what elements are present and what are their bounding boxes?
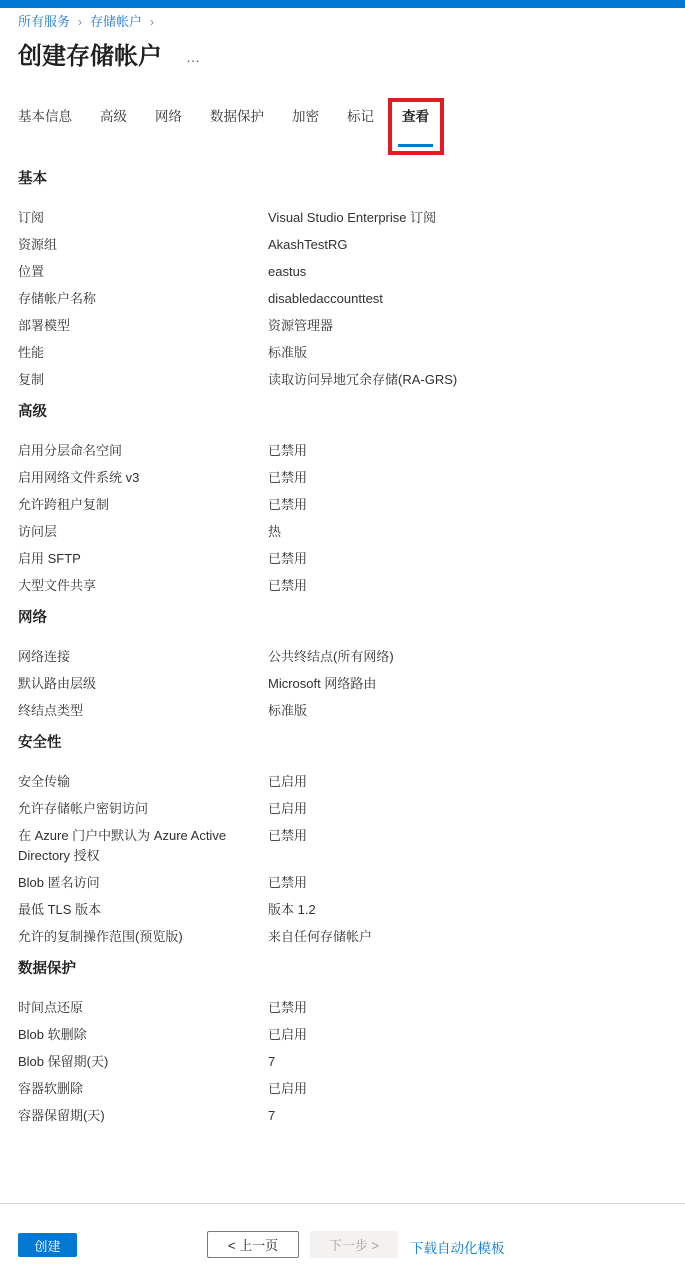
detail-value: 标准版	[268, 343, 307, 363]
tab-高级[interactable]: 高级	[100, 108, 127, 138]
breadcrumb-link[interactable]: 所有服务	[18, 13, 70, 31]
chevron-right-icon: ›	[78, 13, 82, 31]
detail-label: 资源组	[18, 235, 268, 255]
title-row: 创建存储帐户 …	[18, 42, 667, 72]
detail-row: 启用 SFTP已禁用	[18, 549, 667, 569]
tab-label: 网络	[155, 109, 182, 124]
detail-row: 访问层热	[18, 522, 667, 542]
section-高级: 高级启用分层命名空间已禁用启用网络文件系统 v3已禁用允许跨租户复制已禁用访问层…	[18, 402, 667, 596]
detail-row: 网络连接公共终结点(所有网络)	[18, 647, 667, 667]
detail-label: 位置	[18, 262, 268, 282]
detail-label: 最低 TLS 版本	[18, 900, 268, 920]
tab-bar: 基本信息高级网络数据保护加密标记查看	[18, 108, 685, 138]
detail-row: 允许跨租户复制已禁用	[18, 495, 667, 515]
detail-label: 容器软删除	[18, 1079, 268, 1099]
detail-row: 存储帐户名称disabledaccounttest	[18, 289, 667, 309]
section-基本: 基本订阅Visual Studio Enterprise 订阅资源组AkashT…	[18, 169, 667, 390]
tab-label: 加密	[292, 109, 319, 124]
detail-label: 安全传输	[18, 772, 268, 792]
detail-row: 启用网络文件系统 v3已禁用	[18, 468, 667, 488]
section-网络: 网络网络连接公共终结点(所有网络)默认路由层级Microsoft 网络路由终结点…	[18, 608, 667, 721]
detail-label: Blob 保留期(天)	[18, 1052, 268, 1072]
breadcrumb: 所有服务›存储帐户›	[18, 13, 667, 31]
detail-value: 7	[268, 1052, 275, 1072]
section-title: 基本	[18, 169, 667, 189]
section-title: 网络	[18, 608, 667, 628]
section-安全性: 安全性安全传输已启用允许存储帐户密钥访问已启用在 Azure 门户中默认为 Az…	[18, 733, 667, 947]
detail-label: 大型文件共享	[18, 576, 268, 596]
detail-row: 安全传输已启用	[18, 772, 667, 792]
detail-label: 启用网络文件系统 v3	[18, 468, 268, 488]
section-title: 安全性	[18, 733, 667, 753]
detail-label: 允许的复制操作范围(预览版)	[18, 927, 268, 947]
detail-row: 性能标准版	[18, 343, 667, 363]
download-template-link[interactable]: 下载自动化模板	[410, 1237, 505, 1257]
detail-value: 已禁用	[268, 826, 307, 846]
detail-label: 容器保留期(天)	[18, 1106, 268, 1126]
tab-label: 数据保护	[210, 109, 264, 124]
detail-value: 版本 1.2	[268, 900, 316, 920]
detail-value: 已禁用	[268, 495, 307, 515]
detail-value: 标准版	[268, 701, 307, 721]
footer-actions: 创建 < 上一页 下一步 > 下载自动化模板	[0, 1231, 685, 1261]
detail-row: 在 Azure 门户中默认为 Azure Active Directory 授权…	[18, 826, 667, 866]
detail-label: 启用 SFTP	[18, 549, 268, 569]
chevron-right-icon: ›	[150, 13, 154, 31]
detail-row: 位置eastus	[18, 262, 667, 282]
detail-row: 最低 TLS 版本版本 1.2	[18, 900, 667, 920]
detail-value: Microsoft 网络路由	[268, 674, 376, 694]
detail-row: 容器软删除已启用	[18, 1079, 667, 1099]
detail-value: 已启用	[268, 1025, 307, 1045]
detail-label: Blob 软删除	[18, 1025, 268, 1045]
detail-label: 性能	[18, 343, 268, 363]
section-title: 数据保护	[18, 959, 667, 979]
detail-value: eastus	[268, 262, 306, 282]
detail-label: 在 Azure 门户中默认为 Azure Active Directory 授权	[18, 826, 268, 866]
detail-label: 网络连接	[18, 647, 268, 667]
detail-value: 已禁用	[268, 549, 307, 569]
footer-divider	[0, 1203, 685, 1204]
detail-label: 时间点还原	[18, 998, 268, 1018]
tab-加密[interactable]: 加密	[292, 108, 319, 138]
detail-label: 允许存储帐户密钥访问	[18, 799, 268, 819]
detail-value: 已禁用	[268, 441, 307, 461]
detail-value: 已启用	[268, 799, 307, 819]
detail-value: 已禁用	[268, 998, 307, 1018]
detail-row: Blob 匿名访问已禁用	[18, 873, 667, 893]
detail-row: 允许存储帐户密钥访问已启用	[18, 799, 667, 819]
next-button[interactable]: 下一步 >	[310, 1231, 398, 1258]
section-title: 高级	[18, 402, 667, 422]
detail-value: 已禁用	[268, 468, 307, 488]
detail-value: 读取访问异地冗余存储(RA-GRS)	[268, 370, 457, 390]
detail-label: 允许跨租户复制	[18, 495, 268, 515]
detail-label: Blob 匿名访问	[18, 873, 268, 893]
detail-label: 默认路由层级	[18, 674, 268, 694]
tab-label: 标记	[347, 109, 374, 124]
detail-value: 已启用	[268, 772, 307, 792]
detail-label: 访问层	[18, 522, 268, 542]
page-title: 创建存储帐户	[18, 42, 162, 72]
breadcrumb-link[interactable]: 存储帐户	[90, 13, 142, 31]
tab-网络[interactable]: 网络	[155, 108, 182, 138]
detail-row: 大型文件共享已禁用	[18, 576, 667, 596]
section-数据保护: 数据保护时间点还原已禁用Blob 软删除已启用Blob 保留期(天)7容器软删除…	[18, 959, 667, 1126]
detail-label: 存储帐户名称	[18, 289, 268, 309]
top-accent-bar	[0, 0, 685, 8]
selected-tab-underline	[398, 144, 433, 147]
detail-row: 部署模型资源管理器	[18, 316, 667, 336]
detail-row: Blob 软删除已启用	[18, 1025, 667, 1045]
detail-row: 终结点类型标准版	[18, 701, 667, 721]
tab-label: 查看	[402, 109, 429, 124]
tab-label: 高级	[100, 109, 127, 124]
tab-数据保护[interactable]: 数据保护	[210, 108, 264, 138]
detail-value: 7	[268, 1106, 275, 1126]
detail-row: 允许的复制操作范围(预览版)来自任何存储帐户	[18, 927, 667, 947]
detail-value: AkashTestRG	[268, 235, 347, 255]
detail-row: 容器保留期(天)7	[18, 1106, 667, 1126]
previous-button[interactable]: < 上一页	[207, 1231, 299, 1258]
detail-row: 时间点还原已禁用	[18, 998, 667, 1018]
tab-查看[interactable]: 查看	[402, 108, 429, 138]
detail-row: 默认路由层级Microsoft 网络路由	[18, 674, 667, 694]
detail-row: 订阅Visual Studio Enterprise 订阅	[18, 208, 667, 228]
tab-基本信息[interactable]: 基本信息	[18, 108, 72, 138]
detail-value: disabledaccounttest	[268, 289, 383, 309]
create-button[interactable]: 创建	[18, 1233, 77, 1257]
detail-value: 资源管理器	[268, 316, 333, 336]
detail-label: 订阅	[18, 208, 268, 228]
detail-value: 来自任何存储帐户	[268, 927, 372, 947]
detail-value: 公共终结点(所有网络)	[268, 647, 394, 667]
detail-value: 已启用	[268, 1079, 307, 1099]
detail-row: 资源组AkashTestRG	[18, 235, 667, 255]
detail-row: 启用分层命名空间已禁用	[18, 441, 667, 461]
detail-label: 终结点类型	[18, 701, 268, 721]
detail-value: Visual Studio Enterprise 订阅	[268, 208, 436, 228]
create-storage-account-page: 所有服务›存储帐户› 创建存储帐户 … 基本信息高级网络数据保护加密标记查看 基…	[0, 0, 685, 1279]
detail-value: 已禁用	[268, 576, 307, 596]
detail-label: 复制	[18, 370, 268, 390]
detail-row: 复制读取访问异地冗余存储(RA-GRS)	[18, 370, 667, 390]
review-summary: 基本订阅Visual Studio Enterprise 订阅资源组AkashT…	[18, 169, 667, 1126]
detail-value: 热	[268, 522, 281, 542]
tab-label: 基本信息	[18, 109, 72, 124]
tab-标记[interactable]: 标记	[347, 108, 374, 138]
detail-value: 已禁用	[268, 873, 307, 893]
more-options-icon[interactable]: …	[186, 49, 201, 65]
detail-row: Blob 保留期(天)7	[18, 1052, 667, 1072]
detail-label: 部署模型	[18, 316, 268, 336]
detail-label: 启用分层命名空间	[18, 441, 268, 461]
